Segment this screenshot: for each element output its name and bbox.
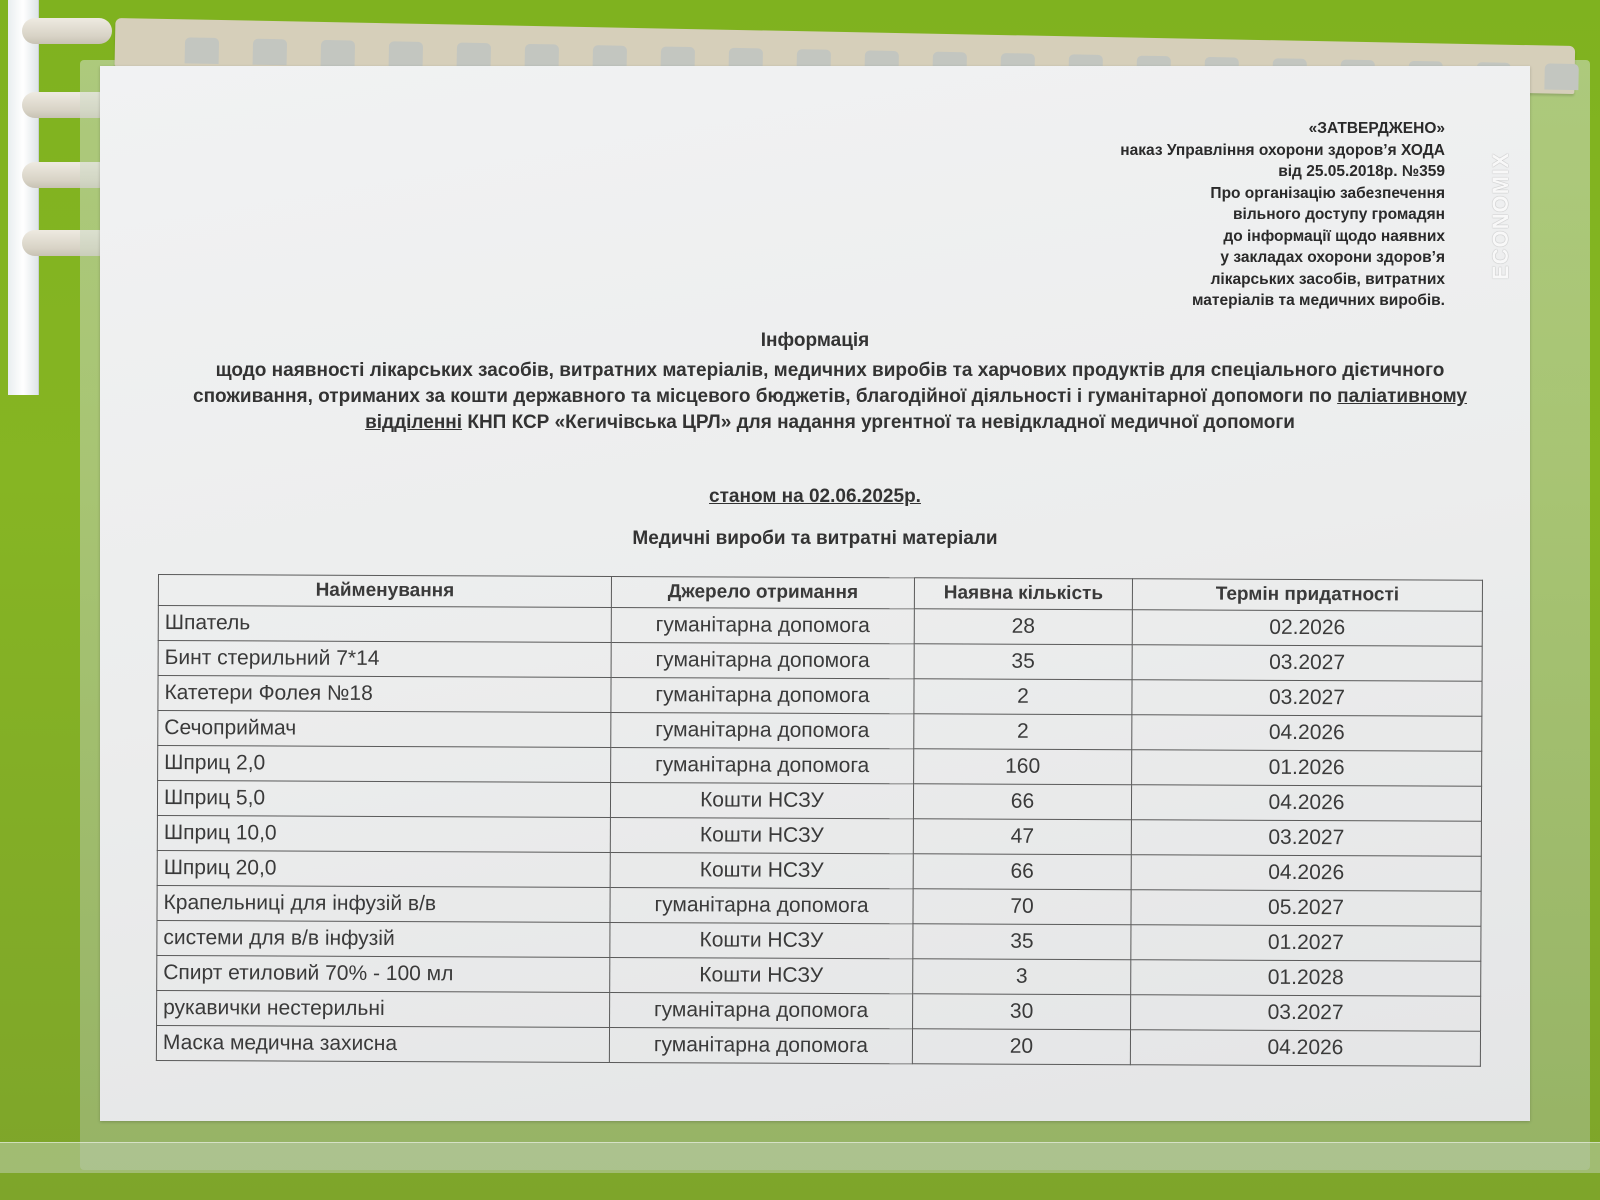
table-row: Крапельниці для інфузій в/вгуманітарна д… [157, 885, 1481, 926]
item-quantity: 20 [912, 1029, 1130, 1065]
approval-line: у закладах охорони здоров’я [1120, 247, 1445, 269]
table-row: Бинт стерильний 7*14гуманітарна допомога… [158, 641, 1482, 682]
approval-line: вільного доступу громадян [1120, 204, 1445, 226]
item-source: Кошти НСЗУ [610, 922, 913, 958]
item-expiry: 05.2027 [1131, 890, 1481, 927]
item-quantity: 66 [913, 854, 1131, 890]
item-source: гуманітарна допомога [611, 677, 914, 713]
item-quantity: 160 [914, 749, 1132, 785]
approval-line: лікарських засобів, витратних [1120, 269, 1445, 291]
table-row: Шприц 20,0Кошти НСЗУ6604.2026 [157, 850, 1481, 891]
item-expiry: 03.2027 [1131, 820, 1481, 857]
item-name: Катетери Фолея №18 [158, 676, 611, 713]
item-source: гуманітарна допомога [611, 642, 914, 678]
table-row: Спирт етиловий 70% - 100 млКошти НСЗУ301… [157, 955, 1481, 996]
table-row: Шприц 2,0гуманітарна допомога16001.2026 [158, 746, 1482, 787]
approval-line: матеріалів та медичних виробів. [1120, 290, 1445, 312]
column-header-expiry: Термін придатності [1132, 579, 1482, 612]
spine-slot [253, 39, 287, 66]
item-source: гуманітарна допомога [611, 747, 914, 783]
table-row: Сечоприймачгуманітарна допомога204.2026 [158, 711, 1482, 752]
item-name: Сечоприймач [158, 711, 611, 748]
table-row: Маска медична захиснагуманітарна допомог… [156, 1025, 1480, 1066]
column-header-source: Джерело отримання [611, 576, 914, 608]
document-page: «ЗАТВЕРДЖЕНО»наказ Управління охорони зд… [100, 66, 1530, 1121]
table-row: Шприц 10,0Кошти НСЗУ4703.2027 [157, 815, 1481, 856]
inventory-table: Найменування Джерело отримання Наявна кі… [156, 574, 1483, 1067]
approval-line: наказ Управління охорони здоров’я ХОДА [1120, 140, 1445, 162]
info-title: Інформація [100, 330, 1530, 352]
item-expiry: 02.2026 [1132, 610, 1482, 647]
info-text: щодо наявності лікарських засобів, витра… [193, 360, 1444, 407]
item-source: Кошти НСЗУ [610, 957, 913, 993]
item-source: гуманітарна допомога [609, 1027, 912, 1063]
spine-slot [1544, 63, 1578, 90]
item-quantity: 70 [913, 889, 1131, 925]
item-name: Крапельниці для інфузій в/в [157, 885, 610, 922]
table-row: системи для в/в інфузійКошти НСЗУ3501.20… [157, 920, 1481, 961]
item-source: Кошти НСЗУ [610, 817, 913, 853]
item-expiry: 04.2026 [1130, 1030, 1480, 1067]
info-text-tail: КНП КСР «Кегичівська ЦРЛ» для надання ур… [462, 412, 1295, 433]
section-title: Медичні вироби та витратні матеріали [100, 528, 1530, 550]
as-of-date: станом на 02.06.2025р. [100, 486, 1530, 508]
binder-peg [22, 18, 112, 44]
item-quantity: 30 [913, 994, 1131, 1030]
item-name: системи для в/в інфузій [157, 920, 610, 957]
item-expiry: 01.2028 [1131, 960, 1481, 997]
info-description: щодо наявності лікарських засобів, витра… [170, 358, 1490, 436]
item-expiry: 03.2027 [1132, 680, 1482, 717]
column-header-quantity: Наявна кількість [914, 578, 1132, 610]
item-expiry: 01.2026 [1132, 750, 1482, 787]
item-name: рукавички нестерильні [157, 990, 610, 1027]
spine-slot [389, 41, 423, 68]
item-source: гуманітарна допомога [610, 992, 913, 1028]
item-expiry: 03.2027 [1132, 645, 1482, 682]
approval-line: Про організацію забезпечення [1120, 183, 1445, 205]
item-expiry: 04.2026 [1132, 715, 1482, 752]
approval-line: від 25.05.2018р. №359 [1120, 161, 1445, 183]
binder-brand-watermark: ECONOMIX [1488, 120, 1518, 280]
item-name: Бинт стерильний 7*14 [158, 641, 611, 678]
spine-slot [185, 37, 219, 64]
item-quantity: 47 [913, 819, 1131, 855]
item-expiry: 04.2026 [1131, 785, 1481, 822]
column-header-name: Найменування [158, 575, 611, 608]
approval-stamp-block: «ЗАТВЕРДЖЕНО»наказ Управління охорони зд… [1120, 118, 1445, 312]
table-row: Катетери Фолея №18гуманітарна допомога20… [158, 676, 1482, 717]
item-expiry: 03.2027 [1131, 995, 1481, 1032]
item-quantity: 3 [913, 959, 1131, 995]
binder-rail [8, 0, 39, 395]
item-source: Кошти НСЗУ [610, 782, 913, 818]
item-quantity: 2 [914, 679, 1132, 715]
item-source: гуманітарна допомога [611, 712, 914, 748]
table-row: Шприц 5,0Кошти НСЗУ6604.2026 [157, 781, 1481, 822]
item-quantity: 35 [913, 924, 1131, 960]
item-name: Шпатель [158, 606, 611, 643]
item-expiry: 01.2027 [1131, 925, 1481, 962]
item-name: Маска медична захисна [156, 1025, 609, 1062]
item-quantity: 35 [914, 644, 1132, 680]
item-name: Спирт етиловий 70% - 100 мл [157, 955, 610, 992]
table-row: рукавички нестерильнігуманітарна допомог… [157, 990, 1481, 1031]
approval-line: «ЗАТВЕРДЖЕНО» [1120, 118, 1445, 140]
item-name: Шприц 10,0 [157, 815, 610, 852]
item-source: Кошти НСЗУ [610, 852, 913, 888]
item-quantity: 2 [914, 714, 1132, 750]
item-name: Шприц 5,0 [157, 781, 610, 818]
approval-line: до інформації щодо наявних [1120, 226, 1445, 248]
item-source: гуманітарна допомога [610, 887, 913, 923]
item-expiry: 04.2026 [1131, 855, 1481, 892]
item-name: Шприц 2,0 [158, 746, 611, 783]
item-quantity: 66 [913, 784, 1131, 820]
spine-slot [321, 40, 355, 67]
sleeve-bottom-edge [0, 1142, 1600, 1173]
item-name: Шприц 20,0 [157, 850, 610, 887]
table-row: Шпательгуманітарна допомога2802.2026 [158, 606, 1482, 647]
item-quantity: 28 [914, 609, 1132, 645]
item-source: гуманітарна допомога [611, 607, 914, 643]
